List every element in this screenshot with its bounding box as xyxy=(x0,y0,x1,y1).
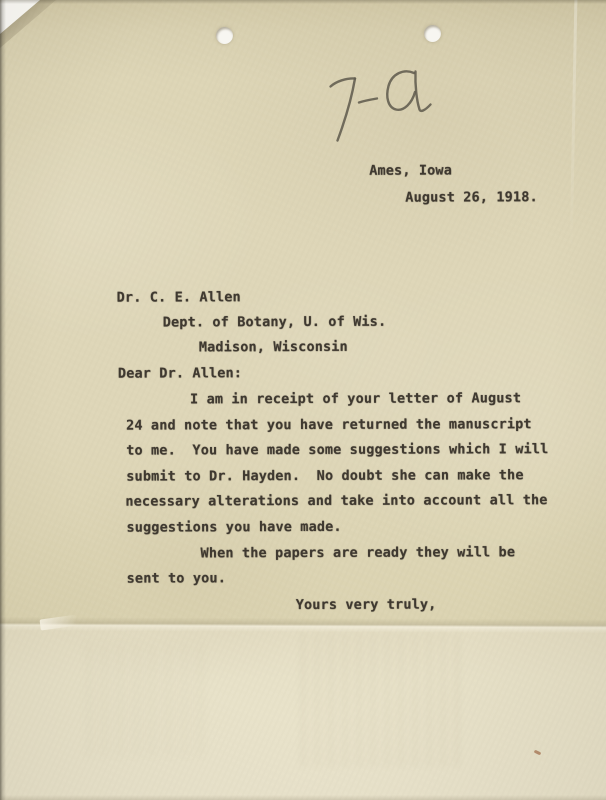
recipient-dept: Dept. of Botany, U. of Wis. xyxy=(163,315,387,331)
typed-letter: Ames, Iowa August 26, 1918. Dr. C. E. Al… xyxy=(0,0,606,800)
body-line: 24 and note that you have returned the m… xyxy=(126,417,532,433)
recipient-name: Dr. C. E. Allen xyxy=(117,290,241,305)
closing: Yours very truly, xyxy=(296,598,437,613)
body-line: necessary alterations and take into acco… xyxy=(125,493,547,509)
scan-edge-bottom xyxy=(0,795,606,800)
body-line: When the papers are ready they will be xyxy=(201,545,516,561)
body-line: suggestions you have made. xyxy=(126,520,341,536)
body-line: sent to you. xyxy=(127,571,226,586)
scan-edge-top xyxy=(0,0,606,4)
letterhead-date: August 26, 1918. xyxy=(405,190,538,205)
scan-edge-left xyxy=(0,0,6,800)
scanned-letter-page: Ames, Iowa August 26, 1918. Dr. C. E. Al… xyxy=(0,0,606,800)
letterhead-place: Ames, Iowa xyxy=(369,163,452,178)
salutation: Dear Dr. Allen: xyxy=(118,366,242,381)
body-line: I am in receipt of your letter of August xyxy=(190,391,521,407)
body-line: to me. You have made some suggestions wh… xyxy=(126,442,548,458)
body-line: submit to Dr. Hayden. No doubt she can m… xyxy=(126,468,523,484)
recipient-city: Madison, Wisconsin xyxy=(199,340,348,356)
